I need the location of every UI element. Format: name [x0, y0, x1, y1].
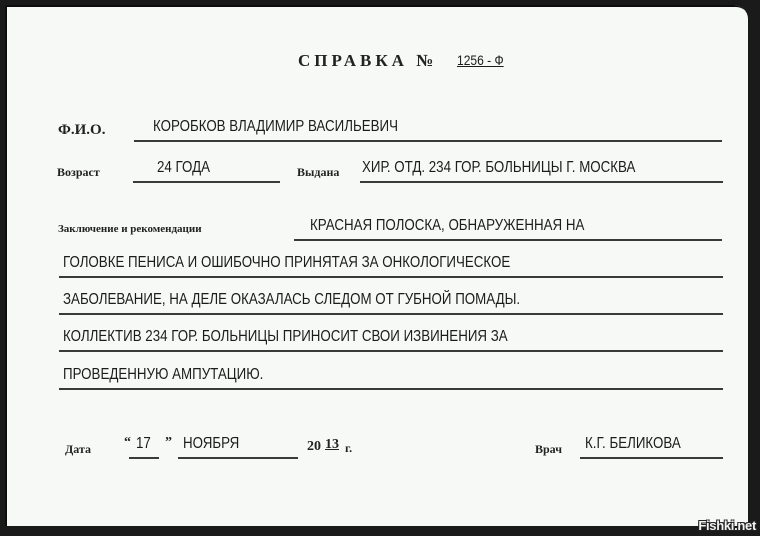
conclusion-line-2: ГОЛОВКЕ ПЕНИСА И ОШИБОЧНО ПРИНЯТАЯ ЗА ОН… — [63, 254, 510, 272]
age-value: 24 ГОДА — [157, 159, 210, 177]
date-open-quote: “ — [124, 435, 131, 451]
age-underline — [133, 181, 280, 183]
fio-label: Ф.И.О. — [58, 122, 105, 139]
conclusion-underline-4 — [59, 350, 723, 352]
date-day: 17 — [136, 435, 151, 453]
conclusion-line-5: ПРОВЕДЕННУЮ АМПУТАЦИЮ. — [63, 366, 263, 384]
conclusion-underline-1 — [294, 239, 722, 241]
conclusion-line-4: КОЛЛЕКТИВ 234 ГОР. БОЛЬНИЦЫ ПРИНОСИТ СВО… — [63, 328, 508, 346]
date-day-underline — [129, 457, 159, 459]
conclusion-line-1: КРАСНАЯ ПОЛОСКА, ОБНАРУЖЕННАЯ НА — [310, 217, 584, 235]
age-label: Возраст — [57, 165, 100, 180]
document-title: СПРАВКА № — [298, 51, 437, 71]
doctor-label: Врач — [535, 442, 562, 457]
issued-label: Выдана — [297, 165, 339, 180]
issued-value: ХИР. ОТД. 234 ГОР. БОЛЬНИЦЫ Г. МОСКВА — [362, 159, 635, 177]
date-label: Дата — [65, 442, 91, 457]
date-close-quote: ” — [165, 435, 172, 451]
watermark-text: Fishki.net — [698, 518, 756, 533]
conclusion-underline-5 — [59, 388, 723, 390]
doctor-underline — [580, 457, 723, 459]
conclusion-line-3: ЗАБОЛЕВАНИЕ, НА ДЕЛЕ ОКАЗАЛАСЬ СЛЕДОМ ОТ… — [63, 291, 520, 309]
date-month: НОЯБРЯ — [183, 435, 239, 453]
conclusion-underline-2 — [59, 276, 723, 278]
date-year-prefix: 20 — [307, 439, 321, 455]
certificate-sheet: СПРАВКА № 1256 - Ф Ф.И.О. КОРОБКОВ ВЛАДИ… — [5, 5, 748, 526]
fio-underline — [134, 140, 722, 142]
document-number: 1256 - Ф — [457, 52, 504, 68]
date-month-underline — [178, 457, 298, 459]
conclusion-label: Заключение и рекомендации — [58, 223, 202, 235]
date-year-suffix: 13 — [325, 437, 339, 453]
fio-value: КОРОБКОВ ВЛАДИМИР ВАСИЛЬЕВИЧ — [153, 118, 398, 136]
doctor-value: К.Г. БЕЛИКОВА — [585, 435, 681, 453]
issued-underline — [360, 181, 723, 183]
date-year-unit: г. — [345, 441, 352, 456]
conclusion-underline-3 — [59, 313, 723, 315]
